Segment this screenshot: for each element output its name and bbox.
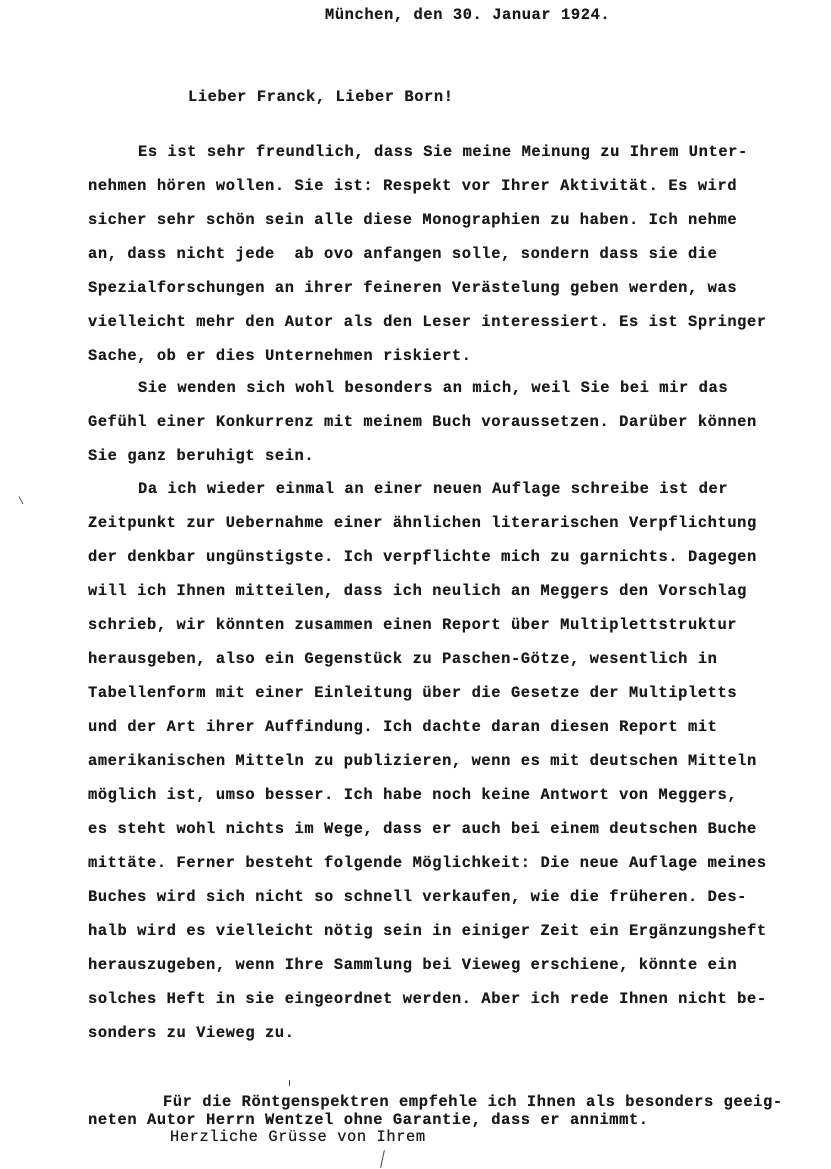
paragraph-3-line: will ich Ihnen mitteilen, dass ich neuli… [88, 584, 747, 599]
paragraph-1-line: Sache, ob er dies Unternehmen riskiert. [88, 349, 472, 364]
margin-mark: \ [18, 497, 24, 508]
paragraph-1-line: sicher sehr schön sein alle diese Monogr… [88, 213, 737, 228]
paragraph-3-line: amerikanischen Mitteln zu publizieren, w… [88, 754, 757, 769]
paragraph-3-line: mittäte. Ferner besteht folgende Möglich… [88, 856, 767, 871]
paragraph-3-line: schrieb, wir könnten zusammen einen Repo… [88, 618, 737, 633]
paragraph-1-line: nehmen hören wollen. Sie ist: Respekt vo… [88, 179, 737, 194]
paragraph-3-line: es steht wohl nichts im Wege, dass er au… [88, 822, 757, 837]
paragraph-3-line: möglich ist, umso besser. Ich habe noch … [88, 788, 737, 803]
paragraph-3-line: der denkbar ungünstigste. Ich verpflicht… [88, 550, 757, 565]
paragraph-3-line: herauszugeben, wenn Ihre Sammlung bei Vi… [88, 958, 737, 973]
scan-artifact [380, 1150, 385, 1168]
letter-closing: Herzliche Grüsse von Ihrem [170, 1130, 426, 1145]
paragraph-3-line: sonders zu Vieweg zu. [88, 1026, 295, 1041]
paragraph-2-line: Sie wenden sich wohl besonders an mich, … [138, 381, 728, 396]
paragraph-3-line: herausgeben, also ein Gegenstück zu Pasc… [88, 652, 718, 667]
paragraph-3-line: solches Heft in sie eingeordnet werden. … [88, 992, 767, 1007]
letter-date: München, den 30. Januar 1924. [325, 8, 610, 23]
paragraph-2-line: Sie ganz beruhigt sein. [88, 449, 314, 464]
paragraph-3-line: Tabellenform mit einer Einleitung über d… [88, 686, 737, 701]
paragraph-3-line: Da ich wieder einmal an einer neuen Aufl… [138, 482, 728, 497]
letter-salutation: Lieber Franck, Lieber Born! [188, 90, 454, 105]
paragraph-3-line: und der Art ihrer Auffindung. Ich dachte… [88, 720, 718, 735]
paragraph-3-line: halb wird es vielleicht nötig sein in ei… [88, 924, 767, 939]
paragraph-1-line: Es ist sehr freundlich, dass Sie meine M… [138, 145, 748, 160]
paragraph-1-line: Spezialforschungen an ihrer feineren Ver… [88, 281, 737, 296]
postscript-line-1: Für die Röntgenspektren empfehle ich Ihn… [163, 1095, 783, 1110]
paragraph-3-line: Zeitpunkt zur Uebernahme einer ähnlichen… [88, 516, 757, 531]
paragraph-2-line: Gefühl einer Konkurrenz mit meinem Buch … [88, 415, 757, 430]
paragraph-1-line: an, dass nicht jede ab ovo anfangen soll… [88, 247, 718, 262]
scan-artifact [289, 1080, 290, 1086]
postscript-line-2: neten Autor Herrn Wentzel ohne Garantie,… [88, 1113, 649, 1128]
paragraph-3-line: Buches wird sich nicht so schnell verkau… [88, 890, 747, 905]
paragraph-1-line: vielleicht mehr den Autor als den Leser … [88, 315, 767, 330]
